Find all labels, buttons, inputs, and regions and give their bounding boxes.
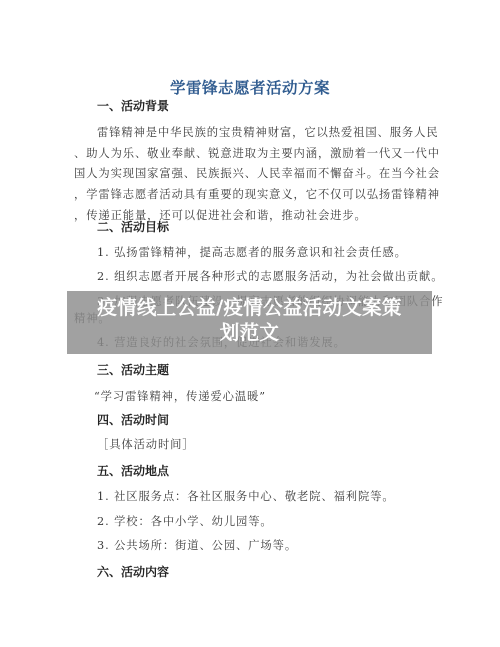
theme-text: “学习雷锋精神，传递爱心温暖” <box>94 389 266 405</box>
overlay-banner-line-2: 划范文 <box>67 320 432 345</box>
paragraph-line: 、助人为乐、敬业奉献、锐意进取为主要内涵，激励着一代又一代中 <box>74 146 440 162</box>
overlay-banner-line-1: 疫情线上公益/疫情公益活动文案策 <box>67 295 432 320</box>
section-heading-theme: 三、活动主题 <box>97 362 169 378</box>
goal-item: 2. 组织志愿者开展各种形式的志愿服务活动，为社会做出贡献。 <box>97 269 443 285</box>
section-heading-background: 一、活动背景 <box>97 98 169 114</box>
paragraph-line: ，学雷锋志愿者活动具有重要的现实意义，它不仅可以弘扬雷锋精神 <box>74 187 440 203</box>
document-title: 学雷锋志愿者活动方案 <box>0 78 500 98</box>
section-heading-location: 五、活动地点 <box>97 463 169 479</box>
time-text: ［具体活动时间］ <box>97 437 195 453</box>
section-heading-goals: 二、活动目标 <box>97 219 169 235</box>
paragraph-line: 雷锋精神是中华民族的宝贵精神财富，它以热爱祖国、服务人民 <box>97 125 439 141</box>
section-heading-time: 四、活动时间 <box>97 412 169 428</box>
paragraph-line: 国人为实现国家富强、民族振兴、人民幸福而不懈奋斗。在当今社会 <box>74 166 440 182</box>
overlay-banner-title: 疫情线上公益/疫情公益活动文案策 划范文 <box>67 295 432 345</box>
location-item: 3. 公共场所：街道、公园、广场等。 <box>97 538 297 554</box>
section-heading-content: 六、活动内容 <box>97 564 169 580</box>
location-item: 1. 社区服务点：各社区服务中心、敬老院、福利院等。 <box>97 489 395 505</box>
location-item: 2. 学校：各中小学、幼儿园等。 <box>97 514 273 530</box>
goal-item: 1. 弘扬雷锋精神，提高志愿者的服务意识和社会责任感。 <box>97 245 407 261</box>
